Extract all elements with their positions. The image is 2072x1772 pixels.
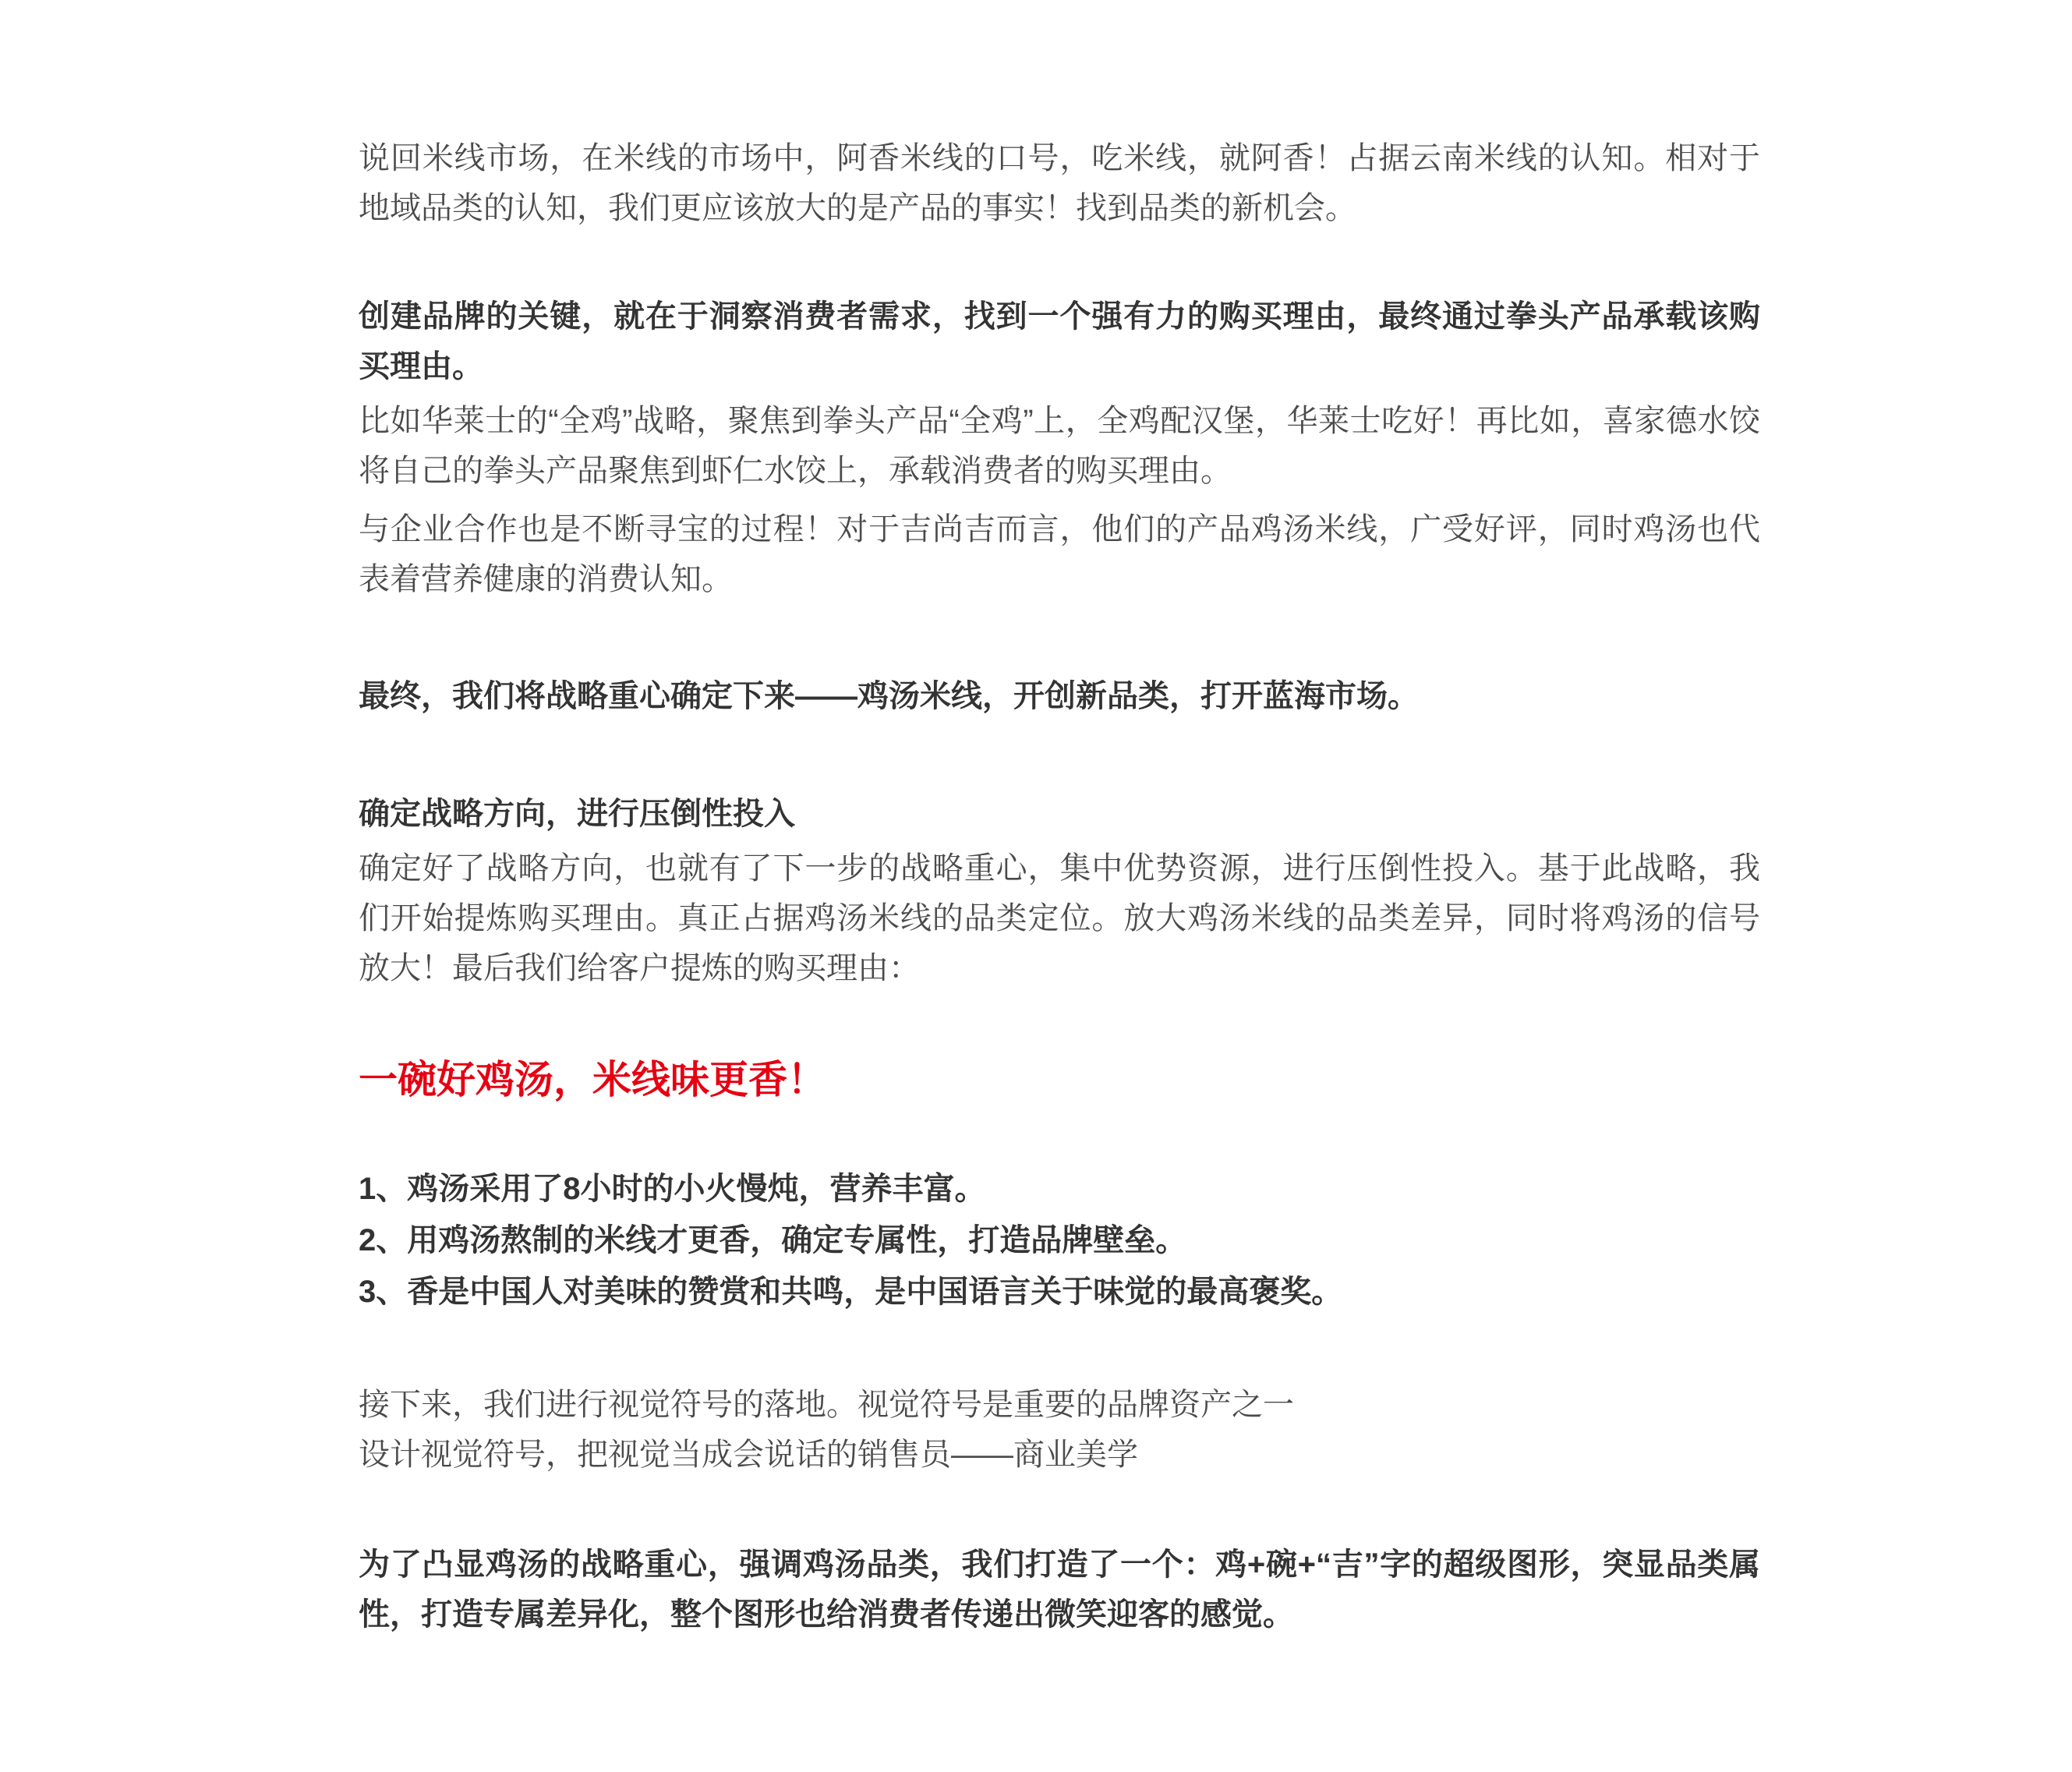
paragraph-visual-symbol-intro: 接下来，我们进行视觉符号的落地。视觉符号是重要的品牌资产之一 [359,1380,1760,1430]
paragraph-super-symbol-description: 为了凸显鸡汤的战略重心，强调鸡汤品类，我们打造了一个：鸡+碗+“吉”字的超级图形… [359,1540,1760,1639]
paragraph-jishangji-cooperation: 与企业合作也是不断寻宝的过程！对于吉尚吉而言，他们的产品鸡汤米线，广受好评，同时… [359,504,1760,604]
paragraph-wallace-xijiade-examples: 比如华莱士的“全鸡”战略，聚焦到拳头产品“全鸡”上，全鸡配汉堡，华莱士吃好！再比… [359,396,1760,496]
paragraph-brand-key-insight: 创建品牌的关键，就在于洞察消费者需求，找到一个强有力的购买理由，最终通过拳头产品… [359,292,1760,391]
reason-item-2: 2、用鸡汤熬制的米线才更香，确定专属性，打造品牌壁垒。 [359,1215,1760,1266]
paragraph-mixian-market-recap: 说回米线市场，在米线的市场中，阿香米线的口号，吃米线，就阿香！占据云南米线的认知… [359,133,1760,233]
section-subtitle-strategy-direction: 确定战略方向，进行压倒性投入 [359,789,1760,839]
slogan-headline: 一碗好鸡汤，米线味更香！ [359,1052,1760,1107]
paragraph-visual-symbol-design: 设计视觉符号，把视觉当成会说话的销售员——商业美学 [359,1430,1760,1480]
paragraph-strategy-conclusion: 最终，我们将战略重心确定下来——鸡汤米线，开创新品类，打开蓝海市场。 [359,671,1760,721]
reason-item-1: 1、鸡汤采用了8小时的小火慢炖，营养丰富。 [359,1163,1760,1215]
paragraph-strategy-focus-investment: 确定好了战略方向，也就有了下一步的战略重心，集中优势资源，进行压倒性投入。基于此… [359,844,1760,993]
reasons-list: 1、鸡汤采用了8小时的小火慢炖，营养丰富。 2、用鸡汤熬制的米线才更香，确定专属… [359,1163,1760,1318]
article-page: 说回米线市场，在米线的市场中，阿香米线的口号，吃米线，就阿香！占据云南米线的认知… [0,0,2072,1772]
reason-item-3: 3、香是中国人对美味的赞赏和共鸣，是中国语言关于味觉的最高褒奖。 [359,1266,1760,1318]
